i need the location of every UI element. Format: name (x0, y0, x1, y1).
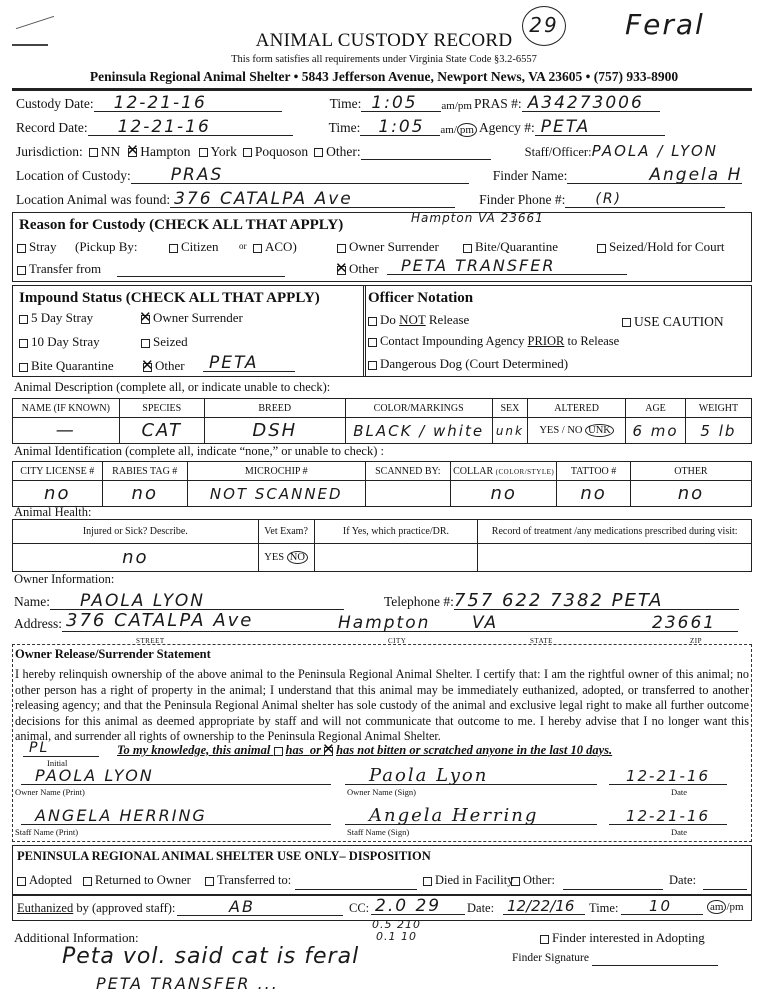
pras-label: PRAS #: (474, 96, 522, 112)
finder-signature-field[interactable] (592, 950, 718, 966)
col-sex: SEX (492, 399, 527, 418)
record-date-label: Record Date: (16, 120, 88, 136)
owner-phone-label: Telephone #: (384, 594, 454, 610)
finder-adopt-checkbox[interactable]: Finder interested in Adopting (540, 930, 705, 946)
col-collar: COLLAR (COLOR/STYLE) (451, 462, 557, 481)
contact-agency-checkbox[interactable]: Contact Impounding Agency PRIOR to Relea… (368, 334, 619, 349)
disposition-section: PENINSULA REGIONAL ANIMAL SHELTER USE ON… (12, 845, 752, 895)
col-age: AGE (626, 399, 686, 418)
owner-signature-field[interactable]: Paola Lyon (345, 767, 597, 785)
impound-owner-surrender-checkbox[interactable]: Owner Surrender (141, 310, 243, 326)
jurisdiction-york-checkbox[interactable]: York (199, 144, 237, 160)
scanned-by-cell[interactable] (365, 481, 451, 507)
reason-for-custody-section: Reason for Custody (CHECK ALL THAT APPLY… (12, 212, 752, 282)
owner-print-caption: Owner Name (Print) (15, 787, 85, 797)
impound-10day-checkbox[interactable]: 10 Day Stray (19, 334, 100, 350)
bite-has-not-checkbox[interactable] (324, 747, 333, 756)
reason-stray-checkbox[interactable]: Stray (17, 239, 56, 255)
disposition-other-checkbox[interactable]: Other: (511, 873, 555, 888)
jurisdiction-poquoson-checkbox[interactable]: Poquoson (243, 144, 308, 160)
owner-name-label: Name: (14, 594, 50, 610)
reason-title: Reason for Custody (CHECK ALL THAT APPLY… (19, 217, 343, 234)
record-ampm[interactable]: am/pm (440, 124, 477, 136)
feral-handwritten-note: Feral (625, 8, 705, 41)
disposition-adopted-checkbox[interactable]: Adopted (17, 873, 72, 888)
finder-name-field[interactable]: Angela H (567, 166, 742, 184)
officer-notation-section: Officer Notation Do NOT Release USE CAUT… (363, 285, 752, 377)
owner-release-statement: Owner Release/Surrender Statement I here… (12, 644, 752, 842)
location-found-label: Location Animal was found: (16, 192, 170, 208)
staff-date-caption: Date (671, 827, 687, 837)
reason-owner-surrender-checkbox[interactable]: Owner Surrender (337, 239, 439, 255)
description-caption: Animal Description (complete all, or ind… (14, 380, 330, 395)
microchip-cell[interactable]: NOT SCANNED (187, 481, 365, 507)
impound-seized-checkbox[interactable]: Seized (141, 334, 188, 350)
treatment-cell[interactable] (478, 544, 752, 572)
location-custody-label: Location of Custody: (16, 168, 131, 184)
disposition-transferred-checkbox[interactable]: Transferred to: (205, 873, 291, 888)
pickup-by-label: (Pickup By: (75, 239, 137, 255)
disposition-died-checkbox[interactable]: Died in Facility (423, 873, 513, 888)
jurisdiction-nn-checkbox[interactable]: NN (89, 144, 121, 160)
location-custody-field[interactable]: PRAS (131, 166, 469, 184)
col-injured: Injured or Sick? Describe. (13, 520, 259, 544)
header-divider (12, 88, 752, 91)
impound-title: Impound Status (CHECK ALL THAT APPLY) (19, 290, 320, 307)
identification-caption: Animal Identification (complete all, ind… (14, 444, 384, 459)
jurisdiction-other-field[interactable] (361, 142, 491, 160)
other-id-cell[interactable]: no (630, 481, 751, 507)
dangerous-dog-checkbox[interactable]: Dangerous Dog (Court Determined) (368, 356, 568, 372)
record-time-label: Time: (329, 120, 361, 136)
agency-label: Agency #: (479, 120, 535, 136)
finder-signature-label: Finder Signature (512, 952, 589, 964)
reason-seized-checkbox[interactable]: Seized/Hold for Court (597, 239, 725, 255)
col-other: OTHER (630, 462, 751, 481)
custody-date-label: Custody Date: (16, 96, 94, 112)
address-city: Hampton (338, 614, 430, 632)
address-zip: 23661 (652, 614, 716, 632)
rabies-tag-cell[interactable]: no (102, 481, 187, 507)
pras-number-field[interactable]: A34273006 (522, 94, 660, 112)
jurisdiction-label: Jurisdiction: (16, 144, 83, 160)
col-tattoo: TATTOO # (557, 462, 631, 481)
location-found-field[interactable]: 376 CATALPA Ave (170, 190, 455, 208)
collar-cell[interactable]: no (451, 481, 557, 507)
jurisdiction-other-checkbox[interactable]: Other: (314, 144, 361, 160)
col-treatment: Record of treatment /any medications pre… (478, 520, 752, 544)
staff-officer-field[interactable]: PAOLA / LYON (592, 142, 702, 160)
col-practice: If Yes, which practice/DR. (314, 520, 478, 544)
staff-officer-label: Staff/Officer: (525, 145, 592, 160)
officer-title: Officer Notation (368, 290, 473, 307)
col-breed: BREED (204, 399, 345, 418)
altered-cell[interactable]: YES / NO UNK (528, 418, 626, 444)
color-markings-cell[interactable]: BLACK / white (345, 418, 492, 444)
disposition-date-field[interactable] (703, 872, 747, 890)
record-time-field[interactable]: 1:05 (360, 118, 440, 136)
sex-cell[interactable]: unk (492, 418, 527, 444)
finder-phone-label: Finder Phone #: (479, 192, 565, 208)
impound-other-checkbox[interactable]: Other (143, 358, 185, 374)
pickup-or-label: or (239, 241, 247, 251)
col-scanned-by: SCANNED BY: (365, 462, 451, 481)
col-color: COLOR/MARKINGS (345, 399, 492, 418)
do-not-release-checkbox[interactable]: Do NOT Release (368, 312, 469, 328)
owner-address-label: Address: (14, 616, 62, 632)
staff-print-name-field[interactable]: ANGELA HERRING (21, 807, 331, 825)
cc-field[interactable]: 2.0 29 (371, 897, 465, 915)
disposition-other-field[interactable] (563, 872, 663, 890)
jurisdiction-hampton-checkbox[interactable]: Hampton (128, 144, 190, 160)
address-state: VA (472, 614, 498, 632)
col-vet-exam: Vet Exam? (258, 520, 314, 544)
transferred-to-field[interactable] (295, 872, 417, 890)
statement-title: Owner Release/Surrender Statement (15, 647, 211, 662)
impound-bite-quarantine-checkbox[interactable]: Bite Quarantine (19, 358, 114, 374)
bite-has-checkbox[interactable] (274, 747, 283, 756)
euthanized-by-field[interactable]: AB (177, 898, 343, 916)
staff-print-caption: Staff Name (Print) (15, 827, 78, 837)
additional-info-line-1[interactable]: Peta vol. said cat is feral (62, 944, 359, 969)
additional-info-line-2[interactable]: PETA TRANSFER ... (96, 974, 279, 994)
euth-ampm[interactable]: am/pm (707, 901, 744, 913)
animal-health-table: Injured or Sick? Describe. Vet Exam? If … (12, 519, 752, 572)
owner-date-caption: Date (671, 787, 687, 797)
statement-text: I hereby relinquish ownership of the abo… (15, 667, 749, 745)
reason-other-checkbox[interactable]: Other (337, 261, 379, 277)
animal-name-cell[interactable]: — (13, 418, 120, 444)
transfer-from-field[interactable] (117, 259, 285, 277)
owner-sign-caption: Owner Name (Sign) (347, 787, 416, 797)
weight-cell[interactable]: 5 lb (685, 418, 751, 444)
shelter-address-line: Peninsula Regional Animal Shelter • 5843… (0, 69, 768, 85)
cc-label: CC: (349, 901, 369, 916)
disposition-title: PENINSULA REGIONAL ANIMAL SHELTER USE ON… (17, 849, 431, 864)
reason-transfer-from-checkbox[interactable]: Transfer from (17, 261, 101, 277)
disposition-returned-checkbox[interactable]: Returned to Owner (83, 873, 191, 888)
reason-bite-quarantine-checkbox[interactable]: Bite/Quarantine (463, 239, 558, 255)
col-altered: ALTERED (528, 399, 626, 418)
euth-time-label: Time: (589, 901, 618, 916)
animal-identification-table: CITY LICENSE # RABIES TAG # MICROCHIP # … (12, 461, 752, 507)
custody-time-field[interactable]: 1:05 (361, 94, 441, 112)
col-microchip: MICROCHIP # (187, 462, 365, 481)
owner-date-field[interactable]: 12-21-16 (609, 767, 727, 785)
record-number-circled: 29 (522, 6, 566, 46)
col-name: NAME (IF KNOWN) (13, 399, 120, 418)
impound-status-section: Impound Status (CHECK ALL THAT APPLY) 5 … (12, 285, 366, 377)
staff-sign-caption: Staff Name (Sign) (347, 827, 409, 837)
col-rabies-tag: RABIES TAG # (102, 462, 187, 481)
animal-description-table: NAME (IF KNOWN) SPECIES BREED COLOR/MARK… (12, 398, 752, 444)
initial-field[interactable]: PL (23, 739, 99, 757)
euth-time-field[interactable]: 10 (621, 897, 703, 915)
age-cell[interactable]: 6 mo (626, 418, 686, 444)
location-found-overflow-note: Hampton VA 23661 (411, 211, 544, 225)
bite-history-statement: To my knowledge, this animal has or has … (117, 743, 612, 758)
staff-signature-field[interactable]: Angela Herring (345, 807, 597, 825)
agency-field[interactable]: PETA (535, 118, 665, 136)
euth-date-label: Date: (467, 901, 494, 916)
euthanized-by-label: Euthanized by (approved staff): (17, 901, 175, 916)
impound-5day-checkbox[interactable]: 5 Day Stray (19, 310, 93, 326)
dosage-note-2: 0.1 10 (376, 930, 417, 943)
record-date-field[interactable]: 12-21-16 (88, 118, 293, 136)
impound-other-field[interactable]: PETA (203, 354, 295, 372)
stray-pen-mark (16, 16, 54, 29)
owner-address-field[interactable]: 376 CATALPA Ave Hampton VA 23661 (62, 614, 738, 632)
injured-cell[interactable]: no (13, 544, 259, 572)
finder-name-label: Finder Name: (493, 168, 568, 184)
city-license-cell[interactable]: no (13, 481, 103, 507)
owner-name-field[interactable]: PAOLA LYON (50, 592, 344, 610)
custody-ampm[interactable]: am/pm (441, 100, 472, 112)
address-street: 376 CATALPA Ave (66, 612, 253, 630)
practice-cell[interactable] (314, 544, 478, 572)
finder-phone-field[interactable]: (R) (565, 190, 725, 208)
pickup-citizen-checkbox[interactable]: Citizen (169, 239, 219, 255)
vet-exam-cell[interactable]: YES NO (258, 544, 314, 572)
owner-caption: Owner Information: (14, 572, 114, 587)
use-caution-checkbox[interactable]: USE CAUTION (622, 314, 724, 330)
disposition-date-label: Date: (669, 873, 696, 888)
euth-date-field[interactable]: 12/22/16 (503, 897, 585, 915)
health-caption: Animal Health: (14, 505, 91, 520)
owner-print-name-field[interactable]: PAOLA LYON (21, 767, 331, 785)
col-species: SPECIES (119, 399, 204, 418)
col-city-license: CITY LICENSE # (13, 462, 103, 481)
owner-phone-field[interactable]: 757 622 7382 PETA (454, 592, 739, 610)
staff-date-field[interactable]: 12-21-16 (609, 807, 727, 825)
custody-time-label: Time: (330, 96, 362, 112)
species-cell[interactable]: CAT (119, 418, 204, 444)
custody-date-field[interactable]: 12-21-16 (94, 94, 282, 112)
breed-cell[interactable]: DSH (204, 418, 345, 444)
col-weight: WEIGHT (685, 399, 751, 418)
reason-other-field[interactable]: PETA TRANSFER (387, 257, 627, 275)
pickup-aco-checkbox[interactable]: ACO) (253, 239, 297, 255)
form-subtitle: This form satisfies all requirements und… (0, 54, 768, 65)
tattoo-cell[interactable]: no (557, 481, 631, 507)
